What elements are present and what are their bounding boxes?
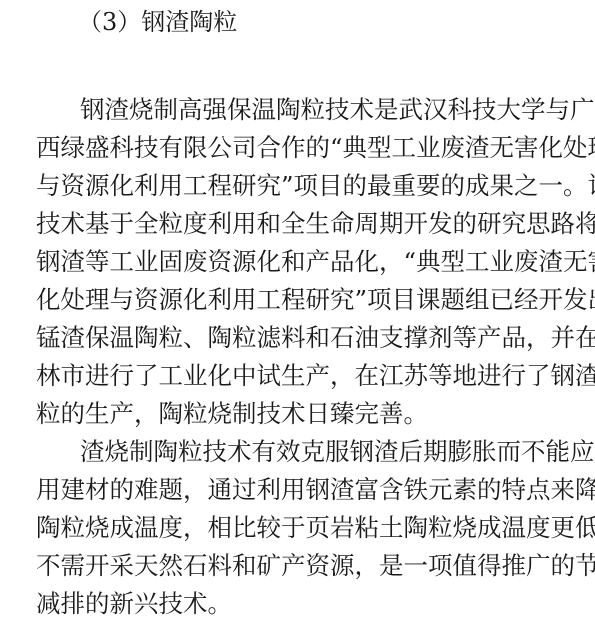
paragraph-line: 化处理与资源化利用工程研究”项目课题组已经开发出 xyxy=(36,283,562,317)
paragraph-line: 用建材的难题，通过利用钢渣富含铁元素的特点来降低 xyxy=(36,473,562,507)
paragraph-line: 西绿盛科技有限公司合作的“典型工业废渣无害化处理 xyxy=(36,131,562,165)
paragraph-line: 锰渣保温陶粒、陶粒滤料和石油支撑剂等产品，并在玉 xyxy=(36,321,562,355)
paragraph-line: 林市进行了工业化中试生产，在江苏等地进行了钢渣陶 xyxy=(36,359,562,393)
paragraph-line: 钢渣烧制高强保温陶粒技术是武汉科技大学与广 xyxy=(80,93,562,127)
section-heading: （3）钢渣陶粒 xyxy=(78,5,237,39)
paragraph-line: 陶粒烧成温度，相比较于页岩粘土陶粒烧成温度更低， xyxy=(36,511,562,545)
paragraph-line: 不需开采天然石料和矿产资源，是一项值得推广的节能 xyxy=(36,549,562,583)
paragraph-line: 技术基于全粒度利用和全生命周期开发的研究思路将 xyxy=(36,207,562,241)
paragraph-line: 粒的生产，陶粒烧制技术日臻完善。 xyxy=(36,397,562,431)
paragraph-line: 钢渣等工业固废资源化和产品化，“典型工业废渣无害 xyxy=(36,245,562,279)
paragraph-line: 渣烧制陶粒技术有效克服钢渣后期膨胀而不能应 xyxy=(80,435,562,469)
paragraph-line: 与资源化利用工程研究”项目的最重要的成果之一。该 xyxy=(36,169,562,203)
paragraph-line: 减排的新兴技术。 xyxy=(36,587,562,621)
